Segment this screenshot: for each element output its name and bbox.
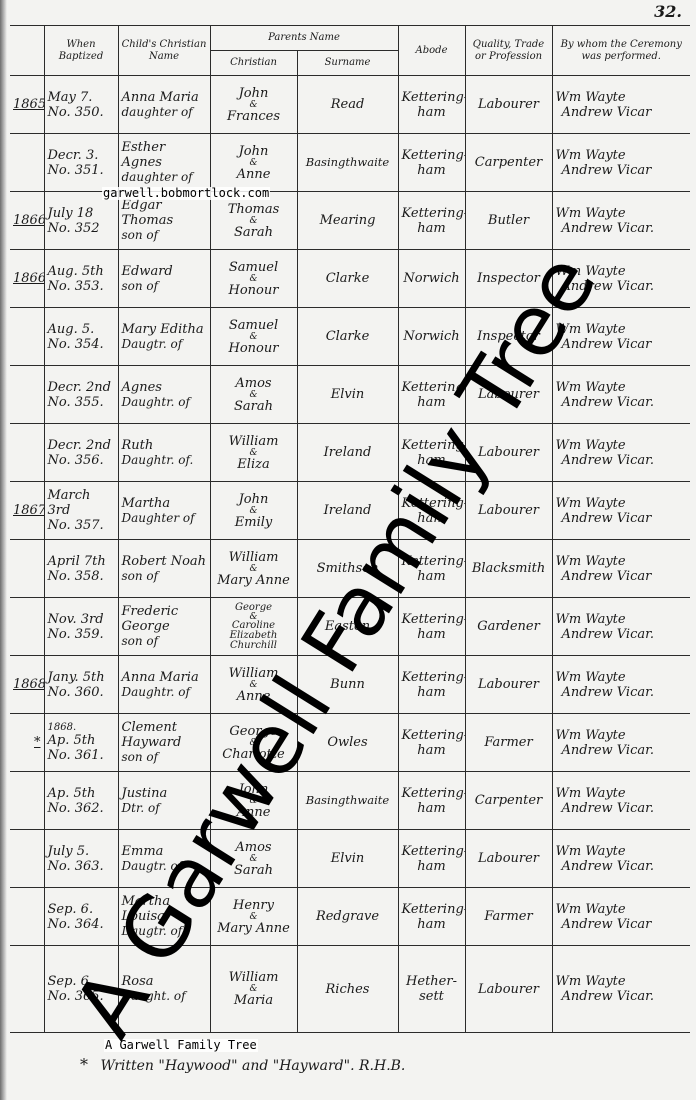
register-row: 1867. March 3rdNo. 357. MarthaDaughter o…	[10, 482, 690, 540]
register-row: April 7thNo. 358. Robert Noahson of Will…	[10, 540, 690, 598]
entry-child-name: Anna Mariadaughter of	[118, 76, 210, 134]
entry-year: 1867.	[10, 482, 44, 540]
baptism-register-table: When Baptized Child's Christian Name Par…	[10, 25, 690, 1033]
entry-parents-christian: John&Frances	[210, 76, 297, 134]
entry-abode: Kettering-ham	[398, 772, 465, 830]
entry-year	[10, 772, 44, 830]
entry-parents-christian: Samuel&Honour	[210, 250, 297, 308]
entry-surname: Ireland	[297, 424, 398, 482]
entry-surname: Elvin	[297, 366, 398, 424]
entry-parents-christian: John&Emily	[210, 482, 297, 540]
entry-trade: Inspector	[465, 250, 552, 308]
entry-officiant: Wm WayteAndrew Vicar	[552, 134, 690, 192]
asterisk-icon: *	[80, 1055, 88, 1074]
entry-year: 1868.	[10, 656, 44, 714]
header-child-name: Child's Christian Name	[118, 26, 210, 76]
entry-year: *	[10, 714, 44, 772]
entry-date: Decr. 2ndNo. 356.	[44, 424, 118, 482]
entry-trade: Labourer	[465, 482, 552, 540]
register-row: 1866. Aug. 5thNo. 353. Edwardson of Samu…	[10, 250, 690, 308]
entry-parents-christian: Thomas&Sarah	[210, 192, 297, 250]
entry-trade: Blacksmith	[465, 540, 552, 598]
entry-abode: Kettering-ham	[398, 656, 465, 714]
entry-officiant: Wm WayteAndrew Vicar.	[552, 714, 690, 772]
entry-date: Ap. 5thNo. 362.	[44, 772, 118, 830]
entry-year	[10, 830, 44, 888]
entry-officiant: Wm WayteAndrew Vicar.	[552, 366, 690, 424]
entry-officiant: Wm WayteAndrew Vicar.	[552, 192, 690, 250]
entry-trade: Butler	[465, 192, 552, 250]
entry-parents-christian: George&Caroline Elizabeth Churchill	[210, 598, 297, 656]
register-row: Sep. 6.No. 364. Martha LouisaDaugtr. of.…	[10, 888, 690, 946]
entry-parents-christian: Amos&Sarah	[210, 366, 297, 424]
entry-officiant: Wm WayteAndrew Vicar.	[552, 830, 690, 888]
entry-parents-christian: William&Eliza	[210, 424, 297, 482]
entry-surname: Bunn	[297, 656, 398, 714]
register-body: 1865. May 7.No. 350. Anna Mariadaughter …	[10, 76, 690, 1033]
entry-year: 1866.	[10, 250, 44, 308]
entry-trade: Labourer	[465, 830, 552, 888]
entry-officiant: Wm WayteAndrew Vicar.	[552, 250, 690, 308]
entry-child-name: MarthaDaughter of	[118, 482, 210, 540]
entry-surname: Owles	[297, 714, 398, 772]
entry-child-name: Martha LouisaDaugtr. of.	[118, 888, 210, 946]
entry-abode: Kettering-ham	[398, 540, 465, 598]
entry-date: Jany. 5thNo. 360.	[44, 656, 118, 714]
entry-child-name: Robert Noahson of	[118, 540, 210, 598]
entry-parents-christian: William&Maria	[210, 946, 297, 1033]
entry-surname: Redgrave	[297, 888, 398, 946]
register-row: 1865. May 7.No. 350. Anna Mariadaughter …	[10, 76, 690, 134]
entry-abode: Kettering-ham	[398, 424, 465, 482]
entry-surname: Read	[297, 76, 398, 134]
entry-date: May 7.No. 350.	[44, 76, 118, 134]
entry-date: 1868. Ap. 5thNo. 361.	[44, 714, 118, 772]
entry-date: Decr. 2ndNo. 355.	[44, 366, 118, 424]
entry-parents-christian: Amos&Sarah	[210, 830, 297, 888]
entry-child-name: JustinaDtr. of	[118, 772, 210, 830]
entry-officiant: Wm WayteAndrew Vicar.	[552, 772, 690, 830]
entry-surname: Clarke	[297, 250, 398, 308]
entry-year	[10, 134, 44, 192]
entry-abode: Kettering-ham	[398, 598, 465, 656]
entry-child-name: RosaDaught. of	[118, 946, 210, 1033]
entry-year	[10, 888, 44, 946]
entry-trade: Labourer	[465, 656, 552, 714]
entry-surname: Basingthwaite	[297, 772, 398, 830]
entry-child-name: Edgar Thomasson of	[118, 192, 210, 250]
header-quality: Quality, Trade or Profession	[465, 26, 552, 76]
entry-trade: Farmer	[465, 888, 552, 946]
entry-surname: Smithson	[297, 540, 398, 598]
entry-child-name: AgnesDaughtr. of	[118, 366, 210, 424]
entry-year: 1865.	[10, 76, 44, 134]
page-binding-edge	[0, 0, 7, 1100]
entry-surname: Mearing	[297, 192, 398, 250]
entry-child-name: Esther Agnesdaughter of	[118, 134, 210, 192]
header-officiant: By whom the Ceremony was performed.	[552, 26, 690, 76]
entry-officiant: Wm WayteAndrew Vicar.	[552, 424, 690, 482]
entry-abode: Kettering-ham	[398, 714, 465, 772]
register-row: Sep. 6.No. 365. RosaDaught. of William&M…	[10, 946, 690, 1033]
register-row: Decr. 2ndNo. 356. RuthDaughtr. of. Willi…	[10, 424, 690, 482]
entry-date: Aug. 5.No. 354.	[44, 308, 118, 366]
entry-parents-christian: Henry&Mary Anne	[210, 888, 297, 946]
entry-trade: Labourer	[465, 946, 552, 1033]
entry-abode: Kettering-ham	[398, 192, 465, 250]
entry-abode: Kettering-ham	[398, 482, 465, 540]
entry-officiant: Wm WayteAndrew Vicar	[552, 540, 690, 598]
entry-surname: Easton	[297, 598, 398, 656]
entry-trade: Gardener	[465, 598, 552, 656]
header-abode: Abode	[398, 26, 465, 76]
entry-year	[10, 540, 44, 598]
entry-child-name: EmmaDaugtr. of	[118, 830, 210, 888]
page-number: 32.	[654, 2, 682, 21]
entry-officiant: Wm WayteAndrew Vicar	[552, 76, 690, 134]
register-row: * 1868. Ap. 5thNo. 361. Clement Haywards…	[10, 714, 690, 772]
entry-surname: Clarke	[297, 308, 398, 366]
entry-year: 1866	[10, 192, 44, 250]
entry-surname: Riches	[297, 946, 398, 1033]
header-parents-christian: Christian	[210, 51, 297, 76]
entry-abode: Kettering-ham	[398, 888, 465, 946]
entry-abode: Kettering-ham	[398, 134, 465, 192]
entry-trade: Labourer	[465, 76, 552, 134]
footnote: * Written "Haywood" and "Hayward". R.H.B…	[80, 1055, 405, 1074]
register-row: Aug. 5.No. 354. Mary EdithaDaugtr. of Sa…	[10, 308, 690, 366]
register-row: July 5.No. 363. EmmaDaugtr. of Amos&Sara…	[10, 830, 690, 888]
entry-child-name: Edwardson of	[118, 250, 210, 308]
entry-date: Sep. 6.No. 365.	[44, 946, 118, 1033]
entry-parents-christian: Samuel&Honour	[210, 308, 297, 366]
entry-abode: Kettering-ham	[398, 830, 465, 888]
entry-parents-christian: William&Anne	[210, 656, 297, 714]
entry-parents-christian: John&Anne	[210, 772, 297, 830]
register-row: 1866 July 18No. 352 Edgar Thomasson of T…	[10, 192, 690, 250]
register-row: Nov. 3rdNo. 359. Frederic Georgeson of G…	[10, 598, 690, 656]
entry-officiant: Wm WayteAndrew Vicar	[552, 888, 690, 946]
entry-date: Nov. 3rdNo. 359.	[44, 598, 118, 656]
entry-date: Sep. 6.No. 364.	[44, 888, 118, 946]
entry-officiant: Wm WayteAndrew Vicar	[552, 482, 690, 540]
entry-officiant: Wm WayteAndrew Vicar.	[552, 946, 690, 1033]
entry-abode: Kettering-ham	[398, 366, 465, 424]
entry-year	[10, 424, 44, 482]
watermark-url: garwell.bobmortlock.com	[102, 187, 270, 200]
header-when-baptized: When Baptized	[44, 26, 118, 76]
entry-date: April 7thNo. 358.	[44, 540, 118, 598]
entry-parents-christian: George&Charlotte	[210, 714, 297, 772]
entry-officiant: Wm WayteAndrew Vicar.	[552, 656, 690, 714]
entry-surname: Basingthwaite	[297, 134, 398, 192]
header-year	[10, 26, 44, 76]
entry-abode: Kettering-ham	[398, 76, 465, 134]
entry-child-name: Anna MariaDaughtr. of	[118, 656, 210, 714]
entry-trade: Labourer	[465, 424, 552, 482]
footnote-text: Written "Haywood" and "Hayward". R.H.B.	[100, 1058, 405, 1074]
entry-parents-christian: William&Mary Anne	[210, 540, 297, 598]
entry-date: July 18No. 352	[44, 192, 118, 250]
entry-abode: Norwich	[398, 250, 465, 308]
entry-child-name: Frederic Georgeson of	[118, 598, 210, 656]
register-row: Decr. 3.No. 351. Esther Agnesdaughter of…	[10, 134, 690, 192]
entry-officiant: Wm WayteAndrew Vicar.	[552, 598, 690, 656]
entry-trade: Carpenter	[465, 772, 552, 830]
entry-year	[10, 308, 44, 366]
entry-trade: Inspector	[465, 308, 552, 366]
register-header: When Baptized Child's Christian Name Par…	[10, 26, 690, 76]
register-row: 1868. Jany. 5thNo. 360. Anna MariaDaught…	[10, 656, 690, 714]
entry-parents-christian: John&Anne	[210, 134, 297, 192]
entry-abode: Hether-sett	[398, 946, 465, 1033]
entry-trade: Labourer	[465, 366, 552, 424]
entry-child-name: Mary EdithaDaugtr. of	[118, 308, 210, 366]
entry-surname: Elvin	[297, 830, 398, 888]
entry-child-name: RuthDaughtr. of.	[118, 424, 210, 482]
entry-date: July 5.No. 363.	[44, 830, 118, 888]
entry-officiant: Wm WayteAndrew Vicar	[552, 308, 690, 366]
header-parents-name: Parents Name	[210, 26, 398, 51]
watermark-caption: A Garwell Family Tree	[104, 1039, 258, 1052]
register-row: Ap. 5thNo. 362. JustinaDtr. of John&Anne…	[10, 772, 690, 830]
entry-year	[10, 946, 44, 1033]
entry-surname: Ireland	[297, 482, 398, 540]
entry-date: Decr. 3.No. 351.	[44, 134, 118, 192]
register-row: Decr. 2ndNo. 355. AgnesDaughtr. of Amos&…	[10, 366, 690, 424]
entry-year	[10, 598, 44, 656]
entry-trade: Carpenter	[465, 134, 552, 192]
entry-year	[10, 366, 44, 424]
entry-date: March 3rdNo. 357.	[44, 482, 118, 540]
entry-trade: Farmer	[465, 714, 552, 772]
entry-date: Aug. 5thNo. 353.	[44, 250, 118, 308]
entry-abode: Norwich	[398, 308, 465, 366]
header-parents-surname: Surname	[297, 51, 398, 76]
entry-child-name: Clement Haywardson of	[118, 714, 210, 772]
